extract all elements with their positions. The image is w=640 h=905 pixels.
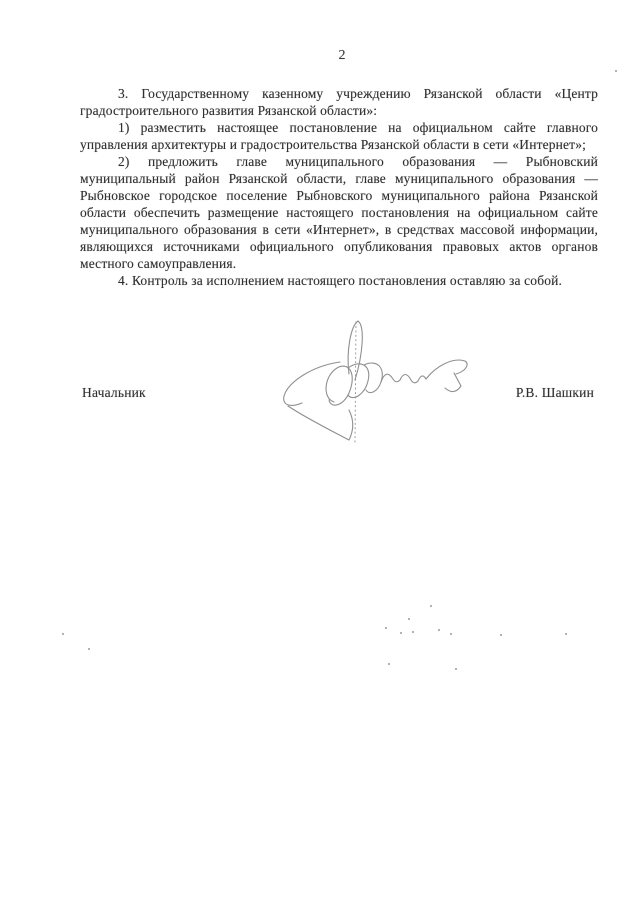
scan-noise-speck	[565, 633, 567, 635]
scan-noise-speck	[455, 668, 457, 670]
signatory-title: Начальник	[82, 385, 146, 401]
handwritten-signature	[278, 316, 473, 448]
scan-noise-speck	[430, 605, 432, 607]
scan-noise-speck	[400, 632, 402, 634]
scan-noise-speck	[412, 631, 414, 633]
scanned-document-page: 2 3. Государственному казенному учрежден…	[0, 0, 640, 905]
scan-noise-speck	[62, 633, 64, 635]
scan-noise-speck	[388, 663, 390, 665]
scan-noise-speck	[500, 634, 502, 636]
scan-noise-speck	[438, 629, 440, 631]
scan-noise-speck	[385, 627, 387, 629]
signature-block: Начальник Р.В. Шашкин	[0, 0, 640, 905]
scan-noise-speck	[615, 70, 617, 72]
scan-noise-speck	[450, 633, 452, 635]
scan-noise-speck	[88, 648, 90, 650]
scan-noise-speck	[408, 618, 410, 620]
signatory-name: Р.В. Шашкин	[516, 385, 594, 401]
